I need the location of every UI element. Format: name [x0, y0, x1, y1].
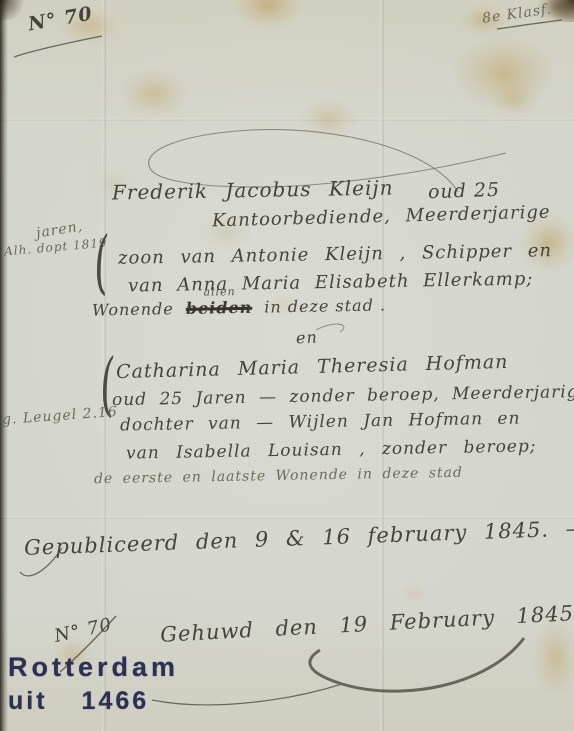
horizontal-crease [0, 118, 574, 121]
paper-stain [298, 98, 360, 140]
groom-name: Frederik Jacobus Kleijn [112, 176, 394, 205]
paper-stain [398, 582, 430, 604]
document-photo: N° 70 8e Klasf. Frederik Jacobus Kleijn … [0, 0, 574, 731]
stamp-word: uit [8, 687, 48, 715]
archive-stamp: Rotterdam uit1466 [8, 652, 179, 716]
stamp-city: Rotterdam [8, 652, 179, 683]
groom-residence-start: Wonende [92, 299, 174, 319]
corrected-word: beidenallen [186, 298, 253, 318]
groom-age: oud 25 [428, 179, 501, 204]
inserted-word: allen [203, 285, 235, 299]
struck-word: beiden [186, 298, 253, 318]
stamp-source-row: uit1466 [8, 687, 179, 716]
paper-stain [118, 68, 190, 120]
paper-stain [532, 616, 574, 700]
paper-stain [488, 78, 540, 120]
photo-edge [0, 0, 8, 731]
groom-residence-end: in deze stad . [264, 295, 386, 316]
photo-corner [0, 0, 26, 20]
horizontal-crease [0, 516, 574, 519]
connector-word: en [296, 327, 319, 347]
stamp-number: 1466 [82, 687, 150, 715]
